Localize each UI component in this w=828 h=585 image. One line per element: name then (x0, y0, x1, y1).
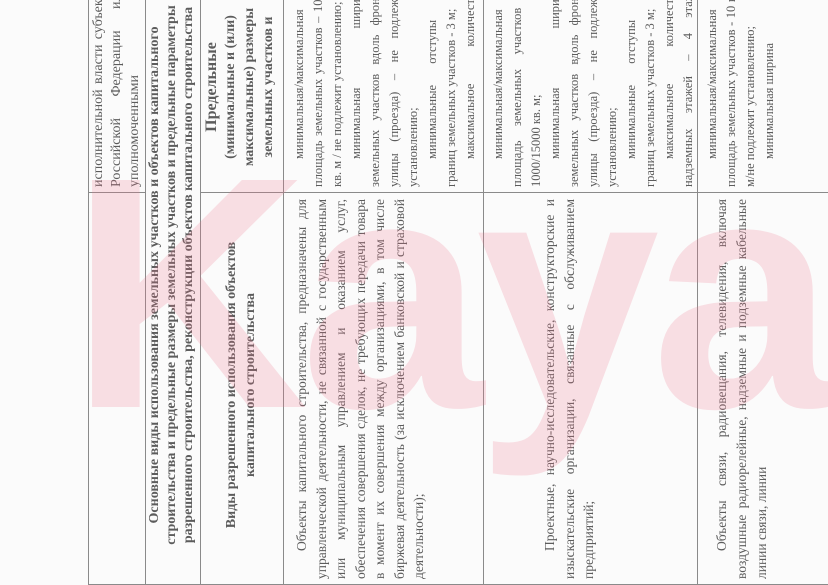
prior-row-cell: исполнительной власти субъекта Российско… (90, 0, 145, 187)
row-use-text: Объекты связи, радиовещания, телевидения… (712, 199, 772, 579)
param-text: максимальное количество надземных этажей… (660, 0, 696, 187)
prior-row-text: исполнительной власти субъекта Российско… (90, 0, 145, 187)
param-text: минимальная/максимальная площадь земельн… (290, 0, 347, 187)
row-use-cell: Проектные, научно-исследовательские, кон… (540, 199, 680, 579)
row-params-cell: минимальная/максимальная площадь земельн… (489, 0, 696, 187)
table-top-border (88, 0, 89, 585)
header-top-border (200, 0, 201, 585)
param-text: минимальная/максимальная площадь земельн… (703, 0, 760, 187)
param-text: минимальные отступы от границ земельных … (622, 0, 660, 187)
row-params-cell: минимальная/максимальная площадь земельн… (290, 0, 482, 187)
param-text: минимальная ширина земельных участков вд… (546, 0, 622, 187)
row-use-text: Объекты капитального строительства, пред… (292, 199, 429, 579)
row-use-cell: Объекты связи, радиовещания, телевидения… (712, 199, 828, 579)
column-divider (88, 192, 145, 193)
document-page: исполнительной власти субъекта Российско… (0, 0, 828, 585)
header-col-use-text: Виды разрешенного использования объектов… (222, 205, 260, 565)
header-col-use: Виды разрешенного использования объектов… (222, 205, 282, 565)
param-text: минимальная ширина земельных участков вд… (347, 0, 423, 187)
header-col-params-title: Предельные (202, 0, 221, 187)
param-text: максимальное количество надземных этажей… (461, 0, 482, 187)
header-bottom-border (283, 0, 284, 585)
header-col-params-text: (минимальные и (или) максимальные) разме… (221, 0, 282, 187)
section-heading-text: Основные виды использования земельных уч… (146, 0, 197, 565)
section-heading: Основные виды использования земельных уч… (146, 0, 200, 585)
row-divider (483, 0, 484, 585)
column-divider (200, 192, 828, 193)
row-use-text: Проектные, научно-исследовательские, кон… (540, 199, 599, 579)
row-use-cell: Объекты капитального строительства, пред… (292, 199, 482, 579)
param-text: минимальные отступы от границ земельных … (423, 0, 461, 187)
header-col-params: Предельные (минимальные и (или) максимал… (202, 0, 282, 187)
row-params-cell: минимальная/максимальная площадь земельн… (703, 0, 828, 187)
row-divider (697, 0, 698, 585)
param-text: минимальная ширина (760, 0, 779, 187)
param-text: минимальная/максимальная площадь земельн… (489, 0, 546, 187)
